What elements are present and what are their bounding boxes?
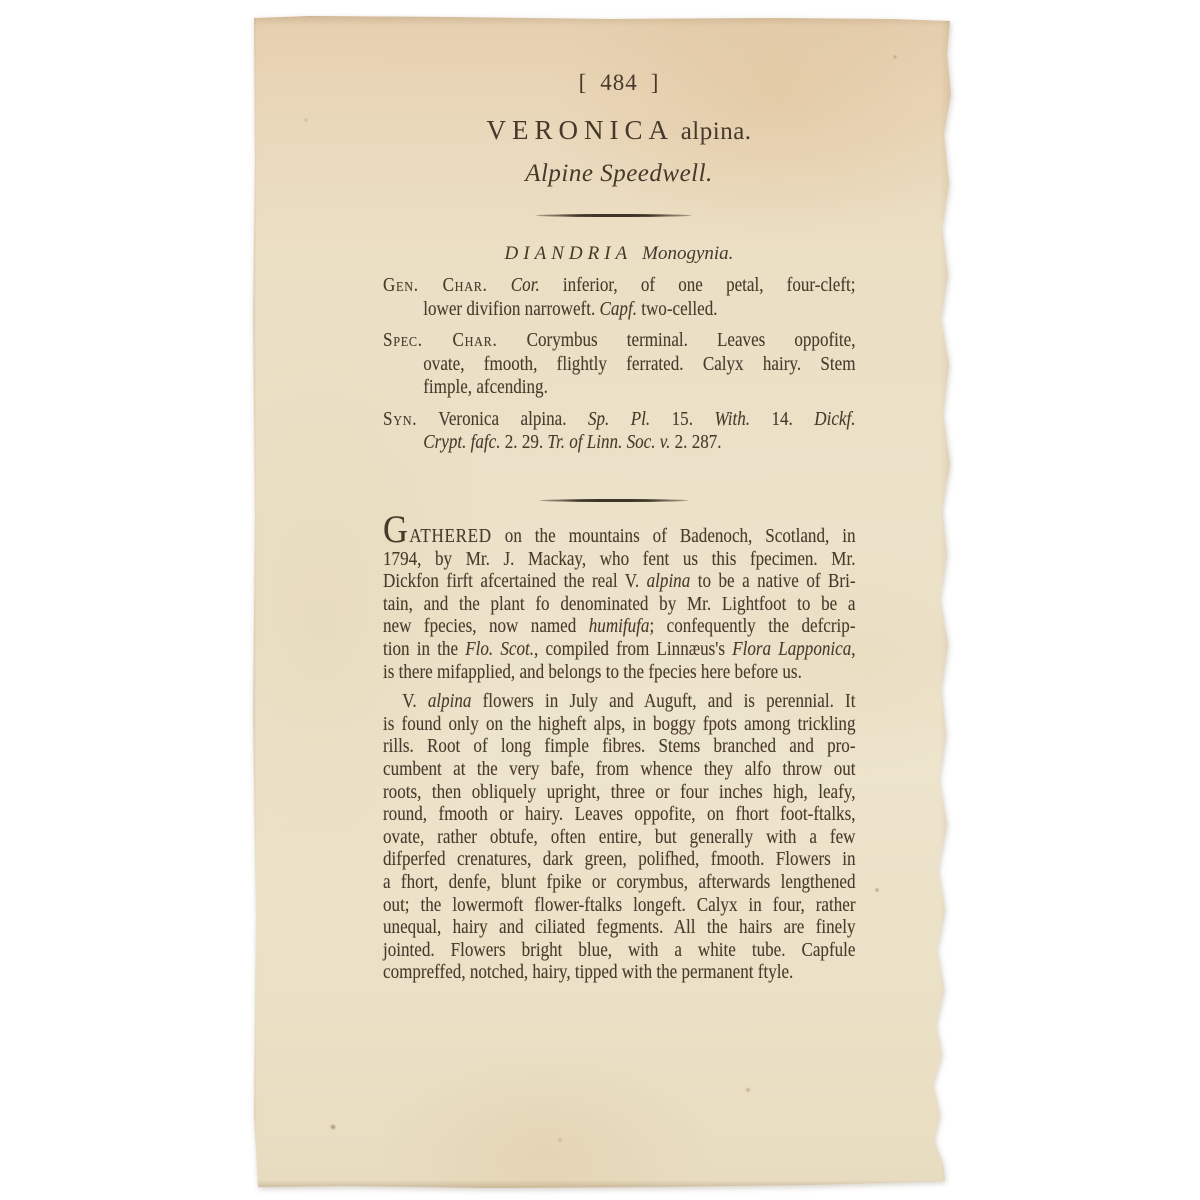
section-syn: Syn. Veronica alpina. Sp. Pl. 15. With. … bbox=[383, 408, 856, 455]
text-line: a fhort, denfe, blunt fpike or corymbus,… bbox=[383, 872, 856, 895]
text-run: to be a native of Bri- bbox=[690, 571, 855, 592]
text-line: jointed. Flowers bright blue, with a whi… bbox=[383, 940, 856, 963]
text-run: 14. bbox=[750, 409, 814, 430]
text-run: on the mountains of Badenoch, Scotland, … bbox=[492, 526, 856, 547]
text-run: tain, and the plant fo denominated by Mr… bbox=[383, 594, 856, 615]
smallcaps-label: Syn. bbox=[383, 409, 417, 430]
text-run: inferior, of one petal, four-cleft; bbox=[540, 275, 856, 296]
text-run: new fpecies, now named bbox=[383, 616, 589, 637]
text-line: cumbent at the very bafe, from whence th… bbox=[383, 759, 856, 782]
text-run: unequal, hairy and ciliated fegments. Al… bbox=[383, 917, 856, 938]
scan-stage: [484] VERONICA alpina. Alpine Speedwell.… bbox=[0, 0, 1200, 1200]
text-line: tain, and the plant fo denominated by Mr… bbox=[383, 594, 856, 617]
text-run: V. bbox=[402, 691, 428, 712]
smallcaps-label: Spec. Char. bbox=[383, 330, 498, 351]
title-species: alpina. bbox=[681, 118, 752, 145]
text-run: difperfed crenatures, dark green, polifh… bbox=[383, 849, 856, 870]
text-run: compreffed, notched, hairy, tipped with … bbox=[383, 962, 793, 983]
para-description: V. alpina flowers in July and Auguft, an… bbox=[383, 691, 856, 985]
italic-text: Crypt. fafc. bbox=[423, 432, 500, 453]
page-number-bracket-right: ] bbox=[651, 70, 660, 95]
text-run: Veronica alpina. bbox=[417, 409, 588, 430]
text-line: round, fmooth or hairy. Leaves oppofite,… bbox=[383, 804, 856, 827]
text-line: roots, then obliquely upright, three or … bbox=[383, 782, 856, 805]
text-run: lower divifion narroweft. bbox=[423, 299, 599, 320]
common-name: Alpine Speedwell. bbox=[383, 160, 855, 188]
text-run: fimple, afcending. bbox=[423, 377, 548, 398]
page-number-value: 484 bbox=[600, 70, 638, 95]
section-spec-char: Spec. Char. Corymbus terminal. Leaves op… bbox=[383, 329, 856, 400]
character-sections: Gen. Char. Cor. inferior, of one petal, … bbox=[383, 274, 856, 455]
text-run: flowers in July and Auguft, and is peren… bbox=[471, 691, 855, 712]
paper-shadow-wrap: [484] VERONICA alpina. Alpine Speedwell.… bbox=[0, 0, 1200, 1200]
divider-rule-top bbox=[535, 214, 692, 217]
text-run: 2. 29. bbox=[501, 432, 548, 453]
text-line: rills. Root of long fimple fibres. Stems… bbox=[383, 736, 856, 759]
para-gathered: GATHERED on the mountains of Badenoch, S… bbox=[383, 526, 856, 684]
text-line: V. alpina flowers in July and Auguft, an… bbox=[383, 691, 856, 714]
text-line: Dickfon firft afcertained the real V. al… bbox=[383, 571, 856, 594]
text-line: unequal, hairy and ciliated fegments. Al… bbox=[383, 917, 856, 940]
taxonomy-class: DIANDRIA bbox=[505, 243, 633, 264]
taxonomy-order: Monogynia. bbox=[642, 243, 733, 264]
text-run: is there mifapplied, and belongs to the … bbox=[383, 662, 802, 683]
drop-cap: G bbox=[383, 507, 409, 551]
text-run: jointed. Flowers bright blue, with a whi… bbox=[383, 940, 856, 961]
text-line: GATHERED on the mountains of Badenoch, S… bbox=[383, 526, 856, 549]
text-run: ovate, fmooth, flightly ferrated. Calyx … bbox=[423, 354, 855, 375]
text-line: is found only on the higheft alps, in bo… bbox=[383, 714, 856, 737]
text-run bbox=[488, 275, 511, 296]
text-run: roots, then obliquely upright, three or … bbox=[383, 782, 856, 803]
page-number: [484] bbox=[383, 70, 855, 96]
italic-text: Cor. bbox=[511, 275, 540, 296]
taxonomy-line: DIANDRIAMonogynia. bbox=[383, 243, 855, 265]
text-line: new fpecies, now named humifufa; confequ… bbox=[383, 616, 856, 639]
text-line: Crypt. fafc. 2. 29. Tr. of Linn. Soc. v.… bbox=[383, 431, 856, 455]
title-genus: VERONICA bbox=[486, 115, 674, 145]
text-line: Syn. Veronica alpina. Sp. Pl. 15. With. … bbox=[383, 408, 856, 432]
text-run: Corymbus terminal. Leaves oppofite, bbox=[498, 330, 856, 351]
book-page: [484] VERONICA alpina. Alpine Speedwell.… bbox=[250, 14, 952, 1188]
text-run: 2. 287. bbox=[670, 432, 721, 453]
text-line: ovate, fmooth, flightly ferrated. Calyx … bbox=[383, 353, 856, 377]
text-run: rills. Root of long fimple fibres. Stems… bbox=[383, 736, 856, 757]
page-title: VERONICA alpina. bbox=[383, 115, 855, 146]
text-line: Gen. Char. Cor. inferior, of one petal, … bbox=[383, 274, 856, 298]
text-run: , compiled from Linnæus's bbox=[534, 639, 732, 660]
text-run: a fhort, denfe, blunt fpike or corymbus,… bbox=[383, 872, 856, 893]
text-line: Spec. Char. Corymbus terminal. Leaves op… bbox=[383, 329, 856, 353]
text-line: difperfed crenatures, dark green, polifh… bbox=[383, 849, 856, 872]
section-gen-char: Gen. Char. Cor. inferior, of one petal, … bbox=[383, 274, 856, 321]
text-run: 1794, by Mr. J. Mackay, who fent us this… bbox=[383, 549, 856, 570]
text-line: lower divifion narroweft. Capf. two-cell… bbox=[383, 298, 856, 322]
italic-text: Sp. Pl. bbox=[588, 409, 650, 430]
italic-text: Flo. Scot. bbox=[465, 639, 534, 660]
text-run: ATHERED bbox=[409, 526, 492, 547]
text-line: fimple, afcending. bbox=[383, 376, 856, 400]
text-line: out; the lowermoft flower-ftalks longeft… bbox=[383, 895, 856, 918]
text-run: , bbox=[851, 639, 855, 660]
italic-text: alpina bbox=[428, 691, 472, 712]
italic-text: Flora Lapponica bbox=[732, 639, 851, 660]
italic-text: humifufa bbox=[589, 616, 650, 637]
text-run: ovate, rather obtufe, often entire, but … bbox=[383, 827, 856, 848]
text-line: is there mifapplied, and belongs to the … bbox=[383, 662, 856, 685]
smallcaps-label: Gen. Char. bbox=[383, 275, 488, 296]
text-run: ; confequently the defcrip- bbox=[649, 616, 855, 637]
italic-text: Capf. bbox=[600, 299, 637, 320]
italic-text: Dickf. bbox=[814, 409, 855, 430]
text-run: out; the lowermoft flower-ftalks longeft… bbox=[383, 895, 856, 916]
text-line: ovate, rather obtufe, often entire, but … bbox=[383, 827, 856, 850]
text-run: is found only on the higheft alps, in bo… bbox=[383, 714, 856, 735]
text-run: two-celled. bbox=[637, 299, 718, 320]
italic-text: alpina bbox=[647, 571, 691, 592]
text-line: 1794, by Mr. J. Mackay, who fent us this… bbox=[383, 549, 856, 572]
divider-rule-middle bbox=[539, 499, 689, 502]
text-run: 15. bbox=[650, 409, 714, 430]
text-run: cumbent at the very bafe, from whence th… bbox=[383, 759, 856, 780]
text-line: tion in the Flo. Scot., compiled from Li… bbox=[383, 639, 856, 662]
italic-text: With. bbox=[714, 409, 750, 430]
text-run: round, fmooth or hairy. Leaves oppofite,… bbox=[383, 804, 856, 825]
italic-text: Tr. of Linn. Soc. v. bbox=[547, 432, 670, 453]
text-run: tion in the bbox=[383, 639, 465, 660]
text-run: Dickfon firft afcertained the real V. bbox=[383, 571, 647, 592]
text-line: compreffed, notched, hairy, tipped with … bbox=[383, 962, 856, 985]
body-text: GATHERED on the mountains of Badenoch, S… bbox=[383, 526, 856, 985]
page-number-bracket-left: [ bbox=[579, 70, 588, 95]
